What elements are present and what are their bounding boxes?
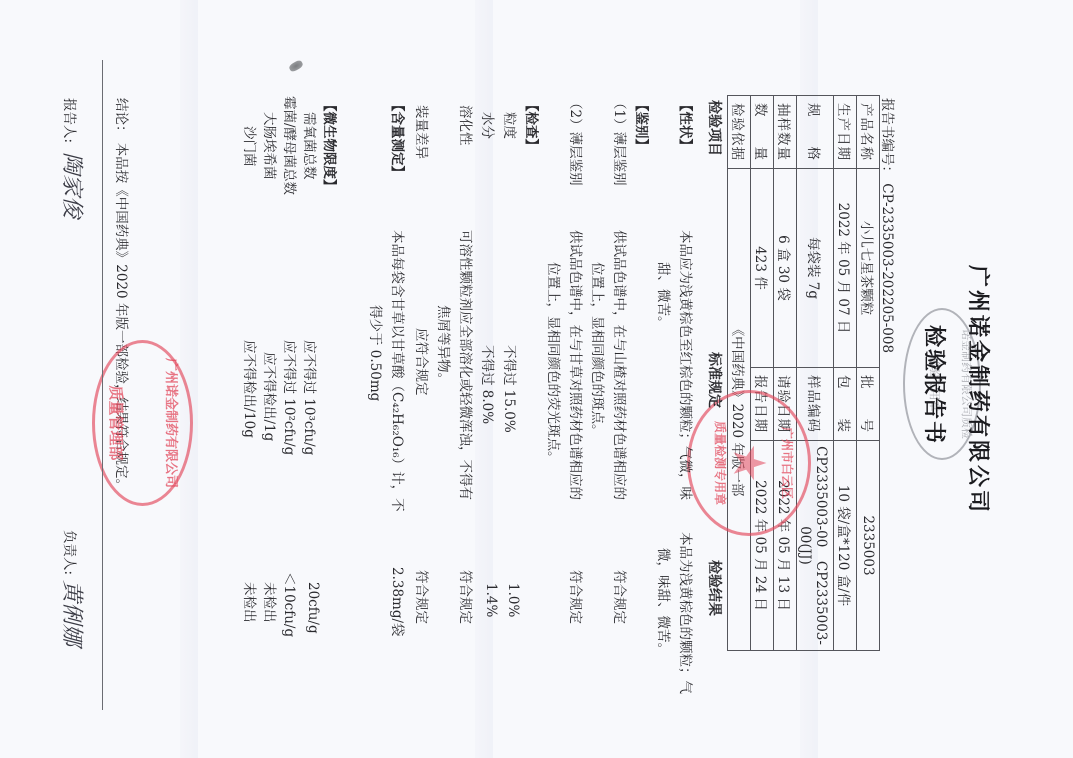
section-appearance: 【性状】 本品应为浅黄棕色至红棕色的颗粒；气微，味 本品为浅黄棕色的颗粒；气 xyxy=(675,0,697,758)
inspection-row: 装量差异 应符合规定 符合规定 xyxy=(411,0,433,758)
microbial-row: 沙门菌 应不得检出/10g 未检出 xyxy=(239,0,261,758)
responsible-signature: 黄俐娜 xyxy=(58,580,89,646)
inspection-row: 粒度 不得过 15.0% 1.0% xyxy=(499,0,521,758)
table-row: 检验依据 《中国药典》2020 年版一部 xyxy=(728,96,751,651)
microbial-row: 霉菌/酵母菌总数 应不得过 10²cfu/g ＜10cfu/g xyxy=(279,0,301,758)
section-inspection: 【检查】 xyxy=(521,0,543,758)
section-microbial: 【微生物限度】 xyxy=(319,0,341,758)
red-quality-seal: 广州诺金制药有限公司 质量管理部 xyxy=(92,340,193,506)
product-info-table: 产品名称 小儿七星茶颗粒 批 号 2335003 生产日期 2022 年 05 … xyxy=(727,95,880,651)
company-name: 广州诺金制药有限公司 xyxy=(964,265,995,515)
reporter-signature: 陶家俊 xyxy=(58,152,89,218)
microbial-row: 需氧菌总数 应不得过 10³cfu/g 20cfu/g xyxy=(299,0,321,758)
report-title: 检验报告书 xyxy=(920,325,951,445)
section-identification: 【鉴别】 xyxy=(631,0,653,758)
signatures: 报告人: 陶家俊 负责人: 黄俐娜 xyxy=(49,0,85,758)
microbial-row: 大肠埃希菌 应不得检出/1g 未检出 xyxy=(259,0,281,758)
table-row: 生产日期 2022 年 05 月 07 日 包 装 10 袋/盒*120 盒/件 xyxy=(834,96,857,651)
inspection-row: 溶化性 可溶性颗粒剂应全部溶化或轻微浑浊，不得有 符合规定 xyxy=(455,0,477,758)
section-assay: 【含量测定】 本品每袋含甘草以甘草酸（C₄₂H₆₂O₁₆）计，不 2.38mg/… xyxy=(387,0,409,758)
identification-row: （2）薄层鉴别 供试品色谱中，在与甘草对照药材色谱相应的 符合规定 xyxy=(565,0,587,758)
table-row: 抽样数量 6 盒 30 袋 请验日期 2022 年 05 月 13 日 xyxy=(774,96,797,651)
inspection-row: 水分 不得过 8.0% 1.4% xyxy=(477,0,499,758)
report-number: 报告书编号： CP-2335003-202205-008 xyxy=(879,98,899,353)
star-icon: ★ xyxy=(726,445,773,481)
identification-row: （1）薄层鉴别 供试品色谱中，在与山楂对照药材色谱相应的 符合规定 xyxy=(609,0,631,758)
table-row: 规 格 每袋装 7g 样品编码 CP2335003-00 CP2335003-0… xyxy=(797,96,834,651)
signature-divider xyxy=(102,60,103,710)
inspection-report-page: 诺金制药有限公司质检 检验专用章 广州诺金制药有限公司 检验报告书 报告书编号：… xyxy=(0,0,1073,758)
table-row: 产品名称 小儿七星茶颗粒 批 号 2335003 xyxy=(857,96,880,651)
column-headers: 检验项目 标准规定 检验结果 xyxy=(703,0,725,758)
table-row: 数 量 423 件 报告日期 2022 年 05 月 24 日 xyxy=(751,96,774,651)
